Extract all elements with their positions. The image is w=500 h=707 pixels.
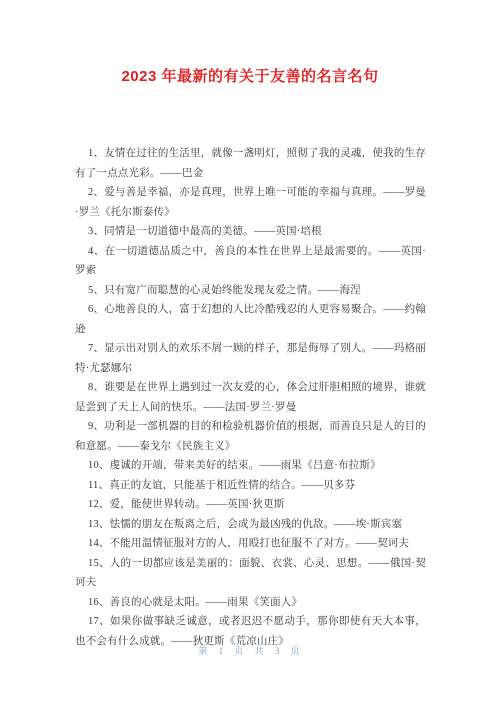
quote-item: 6、心地善良的人，富于幻想的人比冷酷残忍的人更容易聚合。——约翰逊 xyxy=(75,300,426,339)
quote-item: 4、在一切道德品质之中，善良的本性在世界上是最需要的。——英国·罗索 xyxy=(75,242,426,281)
quote-item: 3、同情是一切道德中最高的美德。——英国·培根 xyxy=(75,222,426,242)
quote-item: 2、爱与善是幸福，亦是真理，世界上唯一可能的幸福与真理。——罗曼·罗兰《托尔斯泰… xyxy=(75,183,426,222)
quote-list: 1、友情在过往的生活里，就像一盏明灯，照彻了我的灵魂，使我的生存有了一点点光彩。… xyxy=(0,90,500,651)
quote-item: 12、爱，能使世界转动。——英国·狄更斯 xyxy=(75,495,426,515)
quote-item: 10、虔诚的开端，带来美好的结束。——雨果《吕意·布拉斯》 xyxy=(75,456,426,476)
quote-item: 1、友情在过往的生活里，就像一盏明灯，照彻了我的灵魂，使我的生存有了一点点光彩。… xyxy=(75,144,426,183)
quote-item: 5、只有宽广而聪慧的心灵始终能发现友爱之情。——海涅 xyxy=(75,281,426,301)
quote-item: 9、功利是一部机器的目的和检验机器价值的根据，而善良只是人的目的和意愿。——泰戈… xyxy=(75,417,426,456)
quote-item: 13、怯懦的朋友在叛离之后，会成为最凶残的仇敌。——埃·斯宾塞 xyxy=(75,515,426,535)
quote-item: 16、善良的心就是太阳。——雨果《笑面人》 xyxy=(75,593,426,613)
quote-item: 8、谁要是在世界上遇到过一次友爱的心，体会过肝胆相照的境界，谁就是尝到了天上人间… xyxy=(75,378,426,417)
quote-item: 14、不能用温情征服对方的人，用殴打也征服不了对方。——契诃夫 xyxy=(75,534,426,554)
quote-item: 7、显示出对别人的欢乐不屑一顾的样子，那是侮辱了别人。——玛格丽特·尤瑟娜尔 xyxy=(75,339,426,378)
quote-item: 15、人的一切都应该是美丽的：面貌、衣裳、心灵、思想。——俄国·契诃夫 xyxy=(75,554,426,593)
quote-item: 11、真正的友谊，只能基于相近性情的结合。——贝多芬 xyxy=(75,476,426,496)
document-title: 2023 年最新的有关于友善的名言名句 xyxy=(0,0,500,90)
document-page: 2023 年最新的有关于友善的名言名句 1、友情在过往的生活里，就像一盏明灯，照… xyxy=(0,0,500,707)
page-number-footer: 第 1 页 共 3 页 xyxy=(0,644,500,658)
